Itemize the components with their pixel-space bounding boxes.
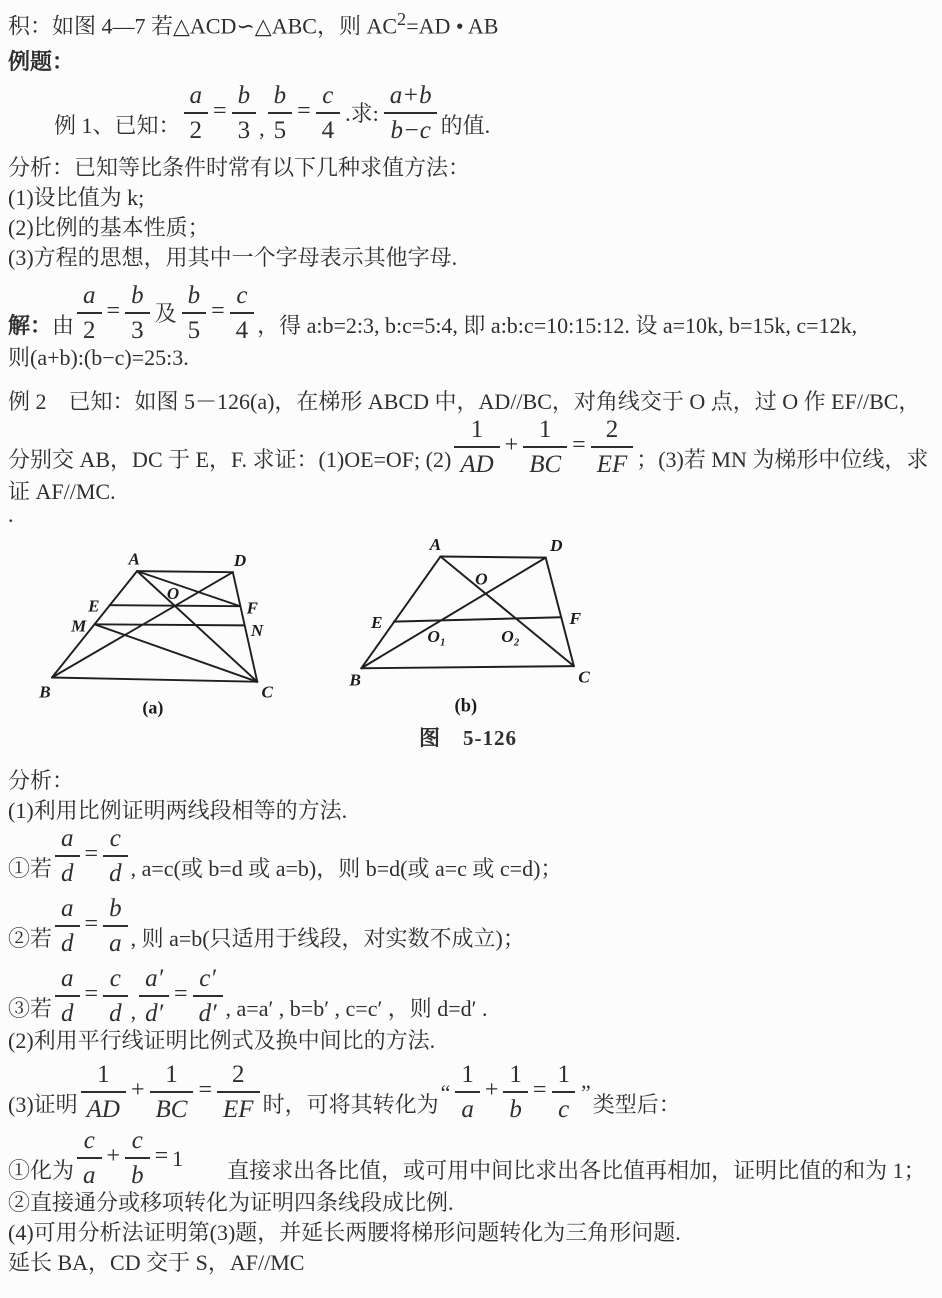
find-label: .求: — [343, 103, 381, 125]
fraction-1-AD: 1AD — [81, 1062, 126, 1122]
analysis2-item4: (4)可用分析法证明第(3)题，并延长两腰将梯形问题转化为三角形问题. — [8, 1218, 932, 1248]
example1-equation-row: 例 1、已知： a2 = b3 , b5 = c4 .求: a+bb−c 的值. — [54, 83, 932, 143]
numerator: b — [182, 283, 207, 312]
vertex-label-D: D — [233, 551, 246, 570]
numerator: 1 — [533, 417, 558, 446]
point-label-E: E — [87, 597, 99, 616]
case1-label: ①若 — [8, 852, 52, 886]
case4-label: (3)证明 — [8, 1088, 78, 1122]
solution-label: 解： — [8, 309, 52, 343]
case4-tail: 类型后： — [593, 1088, 681, 1122]
analysis2-item3: ②直接通分或移项转化为证明四条线段成比例. — [8, 1188, 932, 1218]
fraction-2-EF: 2EF — [591, 417, 634, 477]
solution-tail: ，得 a:b=2:3, b:c=5:4, 即 a:b:c=10:15:12. 设… — [257, 309, 857, 343]
vertex-label-B: B — [38, 683, 50, 702]
fraction-b-5: b5 — [182, 283, 207, 343]
numerator: c — [230, 283, 253, 312]
numerator: c′ — [193, 966, 222, 995]
example2-pre: 分别交 AB，DC 于 E，F. 求证：(1)OE=OF; (2) — [8, 443, 451, 477]
fraction-1-AD: 1AD — [454, 417, 499, 477]
analysis2-item1: (1)利用比例证明两线段相等的方法. — [8, 796, 932, 826]
numerator: a — [55, 826, 80, 855]
numerator: a — [55, 896, 80, 925]
fraction-b-a: ba — [103, 896, 128, 956]
fraction-b-5: b5 — [268, 83, 293, 143]
case4-mid: 时，可将其转化为 — [263, 1088, 439, 1122]
fraction-a-d: ad — [55, 826, 80, 886]
numerator: c — [126, 1128, 149, 1157]
equals-sign: = — [533, 1078, 547, 1102]
numerator: 1 — [465, 417, 490, 446]
denominator: 5 — [182, 312, 207, 343]
close-quote: ” — [579, 1082, 593, 1104]
numerator: 1 — [503, 1062, 528, 1091]
section-title: 例题： — [8, 47, 932, 77]
case5-tail: 直接求出各比值，或可用中间比求出各比值再相加，证明比值的和为 1； — [227, 1154, 926, 1188]
numerator: 1 — [455, 1062, 480, 1091]
denominator: 3 — [125, 312, 150, 343]
plus-sign: + — [485, 1078, 499, 1102]
numerator: a — [77, 283, 102, 312]
intro-pre: 积：如图 4—7 若△ACD∽△ABC，则 AC — [8, 13, 397, 38]
example2-equation-row: 分别交 AB，DC 于 E，F. 求证：(1)OE=OF; (2) 1AD + … — [8, 417, 932, 477]
equals-sign: = — [85, 982, 99, 1006]
vertex-label-C: C — [578, 668, 590, 687]
example2-post: ；(3)若 MN 为梯形中位线，求 — [636, 443, 928, 477]
equals-sign: = — [85, 912, 99, 936]
numerator: 2 — [226, 1062, 251, 1091]
fraction-1-c: 1c — [551, 1062, 576, 1122]
numerator: c — [104, 966, 127, 995]
analysis1-head: 分析：已知等比条件时常有以下几种求值方法： — [8, 153, 932, 183]
diagram-a-tag: (a) — [142, 698, 163, 718]
fraction-c-a: ca — [77, 1128, 102, 1188]
vertex-label-A: A — [429, 537, 442, 554]
analysis2-item5: 延长 BA，CD 交于 S，AF//MC — [8, 1248, 932, 1278]
figure-caption: 图 5-126 — [8, 722, 928, 752]
vertex-label-A: A — [128, 550, 140, 569]
denominator: d′ — [139, 995, 169, 1026]
document-page: 积：如图 4—7 若△ACD∽△ABC，则 AC2=AD • AB 例题： 例 … — [0, 0, 942, 1298]
case3-row: ③若 ad = cd , a′d′ = c′d′ , a=a′ , b=b′ ,… — [8, 966, 932, 1026]
numerator: a′ — [139, 966, 169, 995]
denominator: 2 — [77, 312, 102, 343]
numerator: c — [316, 83, 339, 112]
analysis1-item-1: (1)设比值为 k; — [8, 183, 932, 213]
denominator: d — [103, 855, 128, 886]
analysis1-item-3: (3)方程的思想，用其中一个字母表示其他字母. — [8, 243, 932, 273]
trapezoid-diagram-a: A D B C E M F N O (a) — [36, 537, 286, 718]
fraction-c-d: cd — [103, 966, 128, 1026]
vertex-label-C: C — [262, 683, 274, 702]
denominator: c — [552, 1091, 575, 1122]
fraction-c-4: c4 — [316, 83, 341, 143]
denominator: d — [55, 925, 80, 956]
fraction-b-3: b3 — [125, 283, 150, 343]
case5-row: ①化为 ca + cb = 1 直接求出各比值，或可用中间比求出各比值再相加，证… — [8, 1128, 932, 1188]
fraction-a-2: a2 — [184, 83, 209, 143]
numerator: b — [232, 83, 257, 112]
denominator: b — [125, 1157, 150, 1188]
solution-by: 由 — [52, 309, 74, 343]
denominator: 5 — [268, 112, 293, 143]
equals-sign: = — [572, 433, 586, 457]
vertex-label-D: D — [549, 537, 563, 555]
intro-superscript: 2 — [397, 9, 406, 29]
point-label-E: E — [370, 613, 383, 632]
denominator: a — [77, 1157, 102, 1188]
vertex-label-B: B — [348, 671, 361, 690]
fraction-a-2: a2 — [77, 283, 102, 343]
denominator: 4 — [316, 112, 341, 143]
numerator: b — [268, 83, 293, 112]
fraction-1-b: 1b — [503, 1062, 528, 1122]
fraction-1-a: 1a — [455, 1062, 480, 1122]
example1-label: 例 1、已知： — [54, 109, 181, 143]
denominator: 2 — [184, 112, 209, 143]
point-label-O: O — [167, 584, 179, 603]
plus-sign: + — [505, 433, 519, 457]
case2-row: ②若 ad = ba , 则 a=b(只适用于线段，对实数不成立)； — [8, 896, 932, 956]
numerator: c — [104, 826, 127, 855]
denominator: d — [55, 855, 80, 886]
denominator: d′ — [193, 995, 223, 1026]
analysis1-item-2: (2)比例的基本性质； — [8, 213, 932, 243]
numerator: 2 — [600, 417, 625, 446]
case1-tail: , a=c(或 b=d 或 a=b)，则 b=d(或 a=c 或 c=d)； — [131, 852, 563, 886]
denominator: d — [55, 995, 80, 1026]
equals-sign: = — [155, 1144, 169, 1168]
numerator: 1 — [159, 1062, 184, 1091]
denominator: BC — [150, 1091, 194, 1122]
plus-sign: + — [131, 1078, 145, 1102]
equals-sign: = — [297, 99, 311, 123]
numerator: b — [103, 896, 128, 925]
numerator: a — [55, 966, 80, 995]
solution-row: 解： 由 a2 = b3 及 b5 = c4 ，得 a:b=2:3, b:c=5… — [8, 283, 932, 343]
equals-sign: = — [213, 99, 227, 123]
point-label-O2: O₂ — [501, 628, 520, 647]
analysis2-head: 分析： — [8, 766, 932, 796]
denominator: EF — [591, 446, 634, 477]
open-quote: “ — [439, 1082, 453, 1104]
intro-post: =AD • AB — [406, 13, 498, 38]
value-one: 1 — [170, 1148, 185, 1170]
point-label-O: O — [475, 570, 488, 589]
case3-tail: , a=a′ , b=b′ , c=c′ ，则 d=d′ . — [226, 992, 488, 1026]
point-label-F: F — [246, 599, 259, 618]
solution-line2: 则(a+b):(b−c)=25:3. — [8, 343, 932, 373]
equals-sign: = — [211, 299, 225, 323]
case5-label: ①化为 — [8, 1154, 74, 1188]
case3-label: ③若 — [8, 992, 52, 1026]
denominator: b — [503, 1091, 528, 1122]
figure-5-126: A D B C E M F N O (a) A D B C E F O O₁ — [36, 537, 932, 718]
equals-sign: = — [85, 842, 99, 866]
example1-tail: 的值. — [441, 109, 491, 143]
fraction-aplusb-bminusc: a+bb−c — [384, 83, 438, 143]
denominator: 4 — [230, 312, 255, 343]
point-label-F: F — [569, 609, 582, 628]
numerator: a — [184, 83, 209, 112]
case2-label: ②若 — [8, 922, 52, 956]
fraction-c-b: cb — [125, 1128, 150, 1188]
case2-tail: , 则 a=b(只适用于线段，对实数不成立)； — [131, 922, 525, 956]
numerator: b — [125, 283, 150, 312]
analysis2-item2: (2)利用平行线证明比例式及换中间比的方法. — [8, 1026, 932, 1056]
fraction-c-4: c4 — [230, 283, 255, 343]
case1-row: ①若 ad = cd , a=c(或 b=d 或 a=b)，则 b=d(或 a=… — [8, 826, 932, 886]
numerator: 1 — [551, 1062, 576, 1091]
diagram-b-tag: (b) — [455, 696, 478, 716]
trapezoid-diagram-b: A D B C E F O O₁ O₂ (b) — [348, 537, 598, 716]
denominator: BC — [523, 446, 567, 477]
comma: , — [131, 1001, 137, 1023]
example2-line1: 例 2 已知：如图 5－126(a)，在梯形 ABCD 中，AD//BC，对角线… — [8, 387, 932, 417]
numerator: c — [78, 1128, 101, 1157]
fraction-aprime-dprime: a′d′ — [139, 966, 169, 1026]
denominator: AD — [81, 1091, 126, 1122]
fraction-c-d: cd — [103, 826, 128, 886]
fraction-1-BC: 1BC — [523, 417, 567, 477]
denominator: b−c — [384, 112, 436, 143]
fraction-2-EF: 2EF — [217, 1062, 260, 1122]
denominator: a — [455, 1091, 480, 1122]
denominator: d — [103, 995, 128, 1026]
example2-line3: 证 AF//MC. — [8, 477, 932, 507]
and-label: 及 — [153, 303, 179, 325]
intro-line: 积：如图 4—7 若△ACD∽△ABC，则 AC2=AD • AB — [8, 4, 932, 41]
fraction-1-BC: 1BC — [150, 1062, 194, 1122]
numerator: 1 — [91, 1062, 116, 1091]
numerator: a+b — [384, 83, 438, 112]
denominator: EF — [217, 1091, 260, 1122]
fraction-cprime-dprime: c′d′ — [193, 966, 223, 1026]
plus-sign: + — [107, 1144, 121, 1168]
point-label-O1: O₁ — [427, 628, 446, 647]
comma: , — [259, 118, 265, 140]
equals-sign: = — [198, 1078, 212, 1102]
point-label-N: N — [250, 621, 264, 640]
denominator: a — [103, 925, 128, 956]
fraction-a-d: ad — [55, 896, 80, 956]
stray-period: . — [8, 507, 932, 523]
denominator: AD — [454, 446, 499, 477]
point-label-M: M — [70, 617, 87, 636]
fraction-b-3: b3 — [232, 83, 257, 143]
fraction-a-d: ad — [55, 966, 80, 1026]
case4-row: (3)证明 1AD + 1BC = 2EF 时，可将其转化为 “ 1a + 1b… — [8, 1062, 932, 1122]
equals-sign: = — [107, 299, 121, 323]
denominator: 3 — [232, 112, 257, 143]
equals-sign: = — [174, 982, 188, 1006]
